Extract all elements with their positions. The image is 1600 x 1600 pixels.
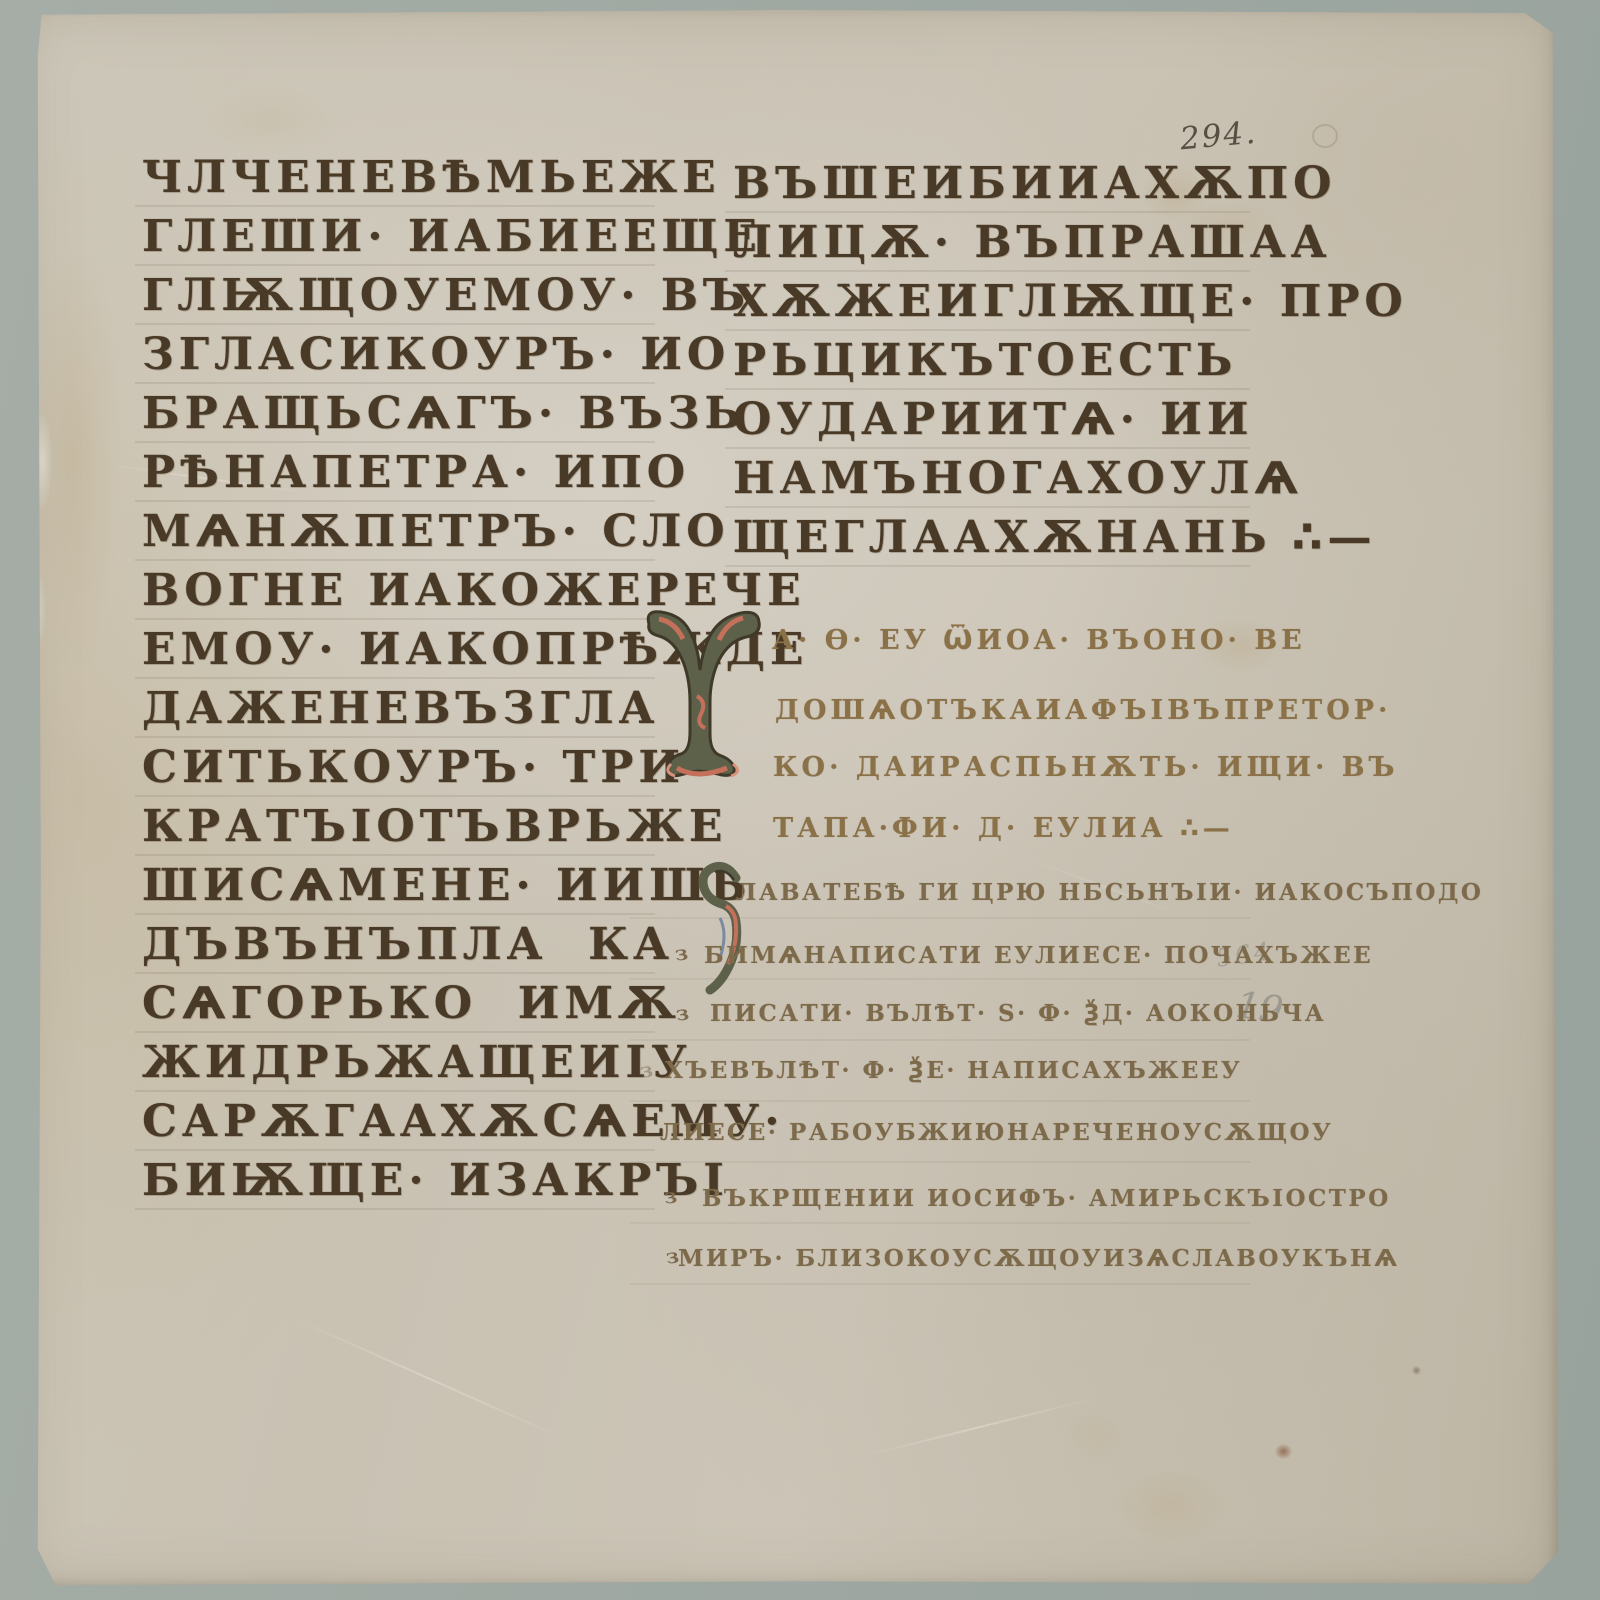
text-line: ЩЕГЛААХѪНАНЬ ∴— bbox=[733, 508, 1408, 567]
initial-body bbox=[648, 612, 759, 776]
right-text-column: ВЪШЕИБИИАХѪПО ЛИЦѪ· ВЪПРАШАА ХѪЖЕИГЛѬЩЕ·… bbox=[733, 154, 1408, 567]
crease-scratch bbox=[293, 1317, 568, 1441]
white-scuff bbox=[30, 571, 46, 646]
text-line: ЧЛЧЕНЕВѢМЬЕЖЕ bbox=[142, 148, 808, 207]
colophon-line: ПИСАТИ· ВЪЛѢТ· Ѕ· Ф· ѮД· АОКОНЬЧА bbox=[710, 984, 1326, 1044]
text-line: ГЛѬЩОУЕМОУ· ВЪ bbox=[142, 266, 808, 325]
rubric-line: ТАПА·ФИ· Д· ЕУЛИА ∴— bbox=[773, 799, 1234, 859]
text-line: БРАЩЬСѦГЪ· ВЪЗЬ bbox=[142, 384, 808, 443]
crease-scratch bbox=[863, 1397, 1096, 1457]
stain bbox=[200, 86, 340, 156]
text-line: ВЪШЕИБИИАХѪПО bbox=[733, 154, 1408, 213]
parchment-leaf: 294. 564 19 ЧЛЧЕНЕВѢМЬЕЖЕ ГЛЕШИ· ИАБИЕЕЩ… bbox=[20, 6, 1562, 1590]
colophon-line: ЛИЕСЕ· РАБОУБЖИЮНАРЕЧЕНОУСѪЩОУ bbox=[660, 1103, 1333, 1163]
colophon-line: МИРЪ· БЛИЗОКОУСѪЩОУИЗѦСЛАВОУКЪНѦ bbox=[678, 1229, 1400, 1289]
text-line: РЬЦИКЪТОЕСТЬ bbox=[733, 331, 1408, 390]
text-line: ХѪЖЕИГЛѬЩЕ· ПРО bbox=[733, 272, 1408, 331]
text-line: ЛИЦѪ· ВЪПРАШАА bbox=[733, 213, 1408, 272]
folio-number: 294. bbox=[1179, 115, 1259, 158]
stain bbox=[1275, 1444, 1292, 1459]
text-line: ЗГЛАСИКОУРЪ· ИО bbox=[142, 325, 808, 384]
text-line: РѢНАПЕТРА· ИПО bbox=[142, 443, 808, 502]
stain bbox=[1110, 1466, 1230, 1546]
colophon-line: ЛАВАТЕБѢ ГИ ЦРЮ НБСЬНЪІИ· ИАКОСЪПОДО bbox=[736, 863, 1483, 923]
rubric-line: А· Ѳ· ЕУ ѾИОА· ВЪОНО· ВЕ bbox=[772, 611, 1306, 671]
colophon-line: ВЪКРЩЕНИИ ИОСИФЪ· АМИРЬСКЪІОСТРО bbox=[702, 1169, 1391, 1229]
rubric-line: ДОШѦОТЪКАИАФЪІВЪПРЕТОР· bbox=[775, 681, 1391, 741]
decorated-initial-che bbox=[637, 604, 769, 784]
colophon-line: ХЪЕВЪЛѢТ· Ф· ѮЕ· НАПИСАХЪЖЕЕУ bbox=[665, 1041, 1242, 1101]
text-line: ОУДАРИИТѦ· ИИ bbox=[733, 390, 1408, 449]
colophon-line: БИМѦНАПИСАТИ ЕУЛИЕСЕ· ПОЧАХЪЖЕЕ bbox=[704, 926, 1373, 986]
ring-stain bbox=[1312, 124, 1338, 148]
stain bbox=[1060, 1406, 1130, 1466]
text-line: КРАТЪІОТЪВРЬЖЕ bbox=[142, 797, 808, 856]
text-line: МѦНѪПЕТРЪ· СЛО bbox=[142, 502, 808, 561]
white-scuff bbox=[32, 414, 52, 509]
manuscript-photograph: 294. 564 19 ЧЛЧЕНЕВѢМЬЕЖЕ ГЛЕШИ· ИАБИЕЕЩ… bbox=[0, 0, 1600, 1600]
stain bbox=[1412, 1366, 1421, 1375]
rubric-line: КО· ДАИРАСПЬНѪТЬ· ИЩИ· ВЪ bbox=[773, 738, 1398, 798]
stain bbox=[30, 246, 120, 666]
text-line: ГЛЕШИ· ИАБИЕЕЩЕ bbox=[142, 207, 808, 266]
text-line: НАМЪНОГАХОУЛѦ bbox=[733, 449, 1408, 508]
